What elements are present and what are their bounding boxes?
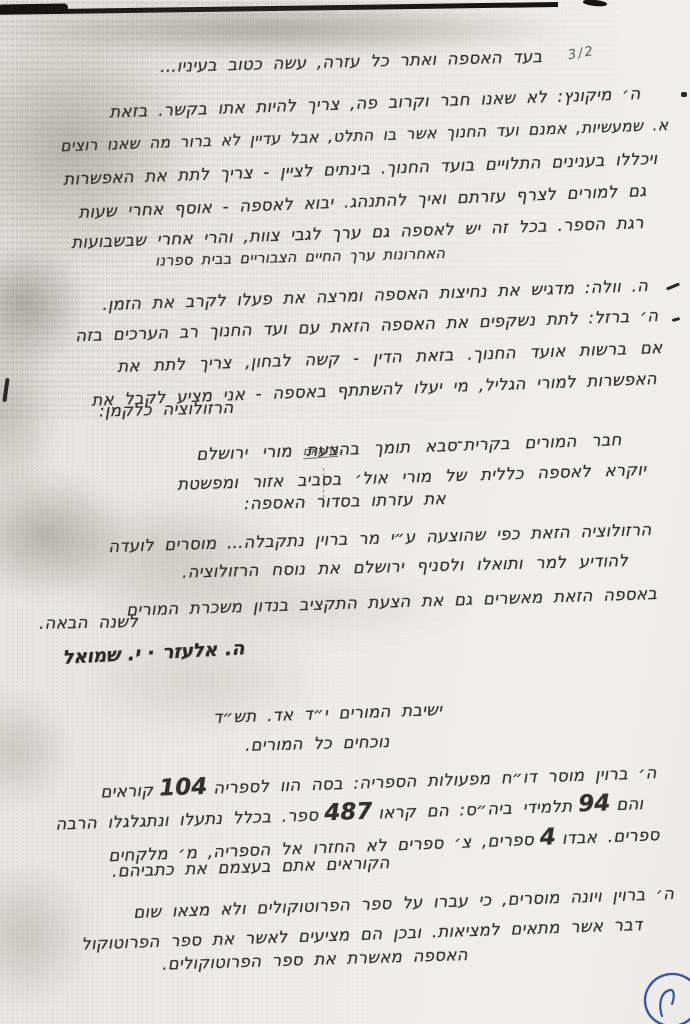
books-read-count: 487 xyxy=(324,799,373,827)
handwritten-line-12: הרזולוציה כלקמן: xyxy=(99,398,234,421)
scan-top-edge-band xyxy=(0,2,558,15)
ink-speck xyxy=(681,92,687,97)
handwritten-line-15: את עזרתו בסדור האספה: xyxy=(244,489,446,513)
scan-smudge xyxy=(0,470,130,600)
handwritten-line-3: א. שמעשיות, אמנם ועד החנוך אשר בו התלט, … xyxy=(60,116,669,155)
handwritten-line-19: לשנה הבאה. xyxy=(39,612,138,633)
signature: ה. אלעזר · י. שמואל xyxy=(62,637,245,669)
handwritten-line-6: רגת הספר. בכל זה יש לאספה גם ערך לגבי צו… xyxy=(71,213,644,252)
ink-speck xyxy=(672,317,681,322)
handwritten-line-20: ישיבת המורים י״ד אד. תש״ד xyxy=(213,700,443,727)
scan-smudge xyxy=(0,320,60,510)
line-text: קוראים xyxy=(100,781,154,802)
handwritten-line-1: בעד האספה ואתר כל עזרה, עשה כטוב בעיניו.… xyxy=(160,47,543,76)
scanned-document-page: 3/2 בעד האספה ואתר כל עזרה, עשה כטוב בעי… xyxy=(0,0,690,1024)
line-text: ספרים. אבדו xyxy=(562,825,660,848)
handwritten-line-21: נוכחים כל המורים. xyxy=(245,732,390,755)
handwritten-line-7: האחרונות ערך החיים הצבוריים בבית ספרנו xyxy=(155,246,446,270)
handwritten-line-14: יוקרא לאספה כללית של מורי אול׳ בסביב אזו… xyxy=(177,460,647,494)
line-text: ספר. בכלל נתעלו ונתגלגלו הרבה xyxy=(55,805,319,833)
scan-top-edge-blob xyxy=(0,3,68,14)
blue-pen-circle-mark xyxy=(628,964,690,1024)
scan-top-right-blob xyxy=(583,0,607,7)
inserted-correction-note: בהתאם xyxy=(302,443,338,459)
handwritten-line-10: אם ברשות אועד החנוך. בזאת הדין - קשה לבח… xyxy=(117,338,663,376)
line-text: תלמידי ביה״ס: הם קראו xyxy=(378,797,573,823)
handwritten-line-2: ה׳ מיקונץ: לא שאנו חבר וקרוב פה, צריך לה… xyxy=(109,84,641,122)
handwritten-line-28: האספה מאשרת את ספר הפרוטוקולים. xyxy=(162,945,468,974)
handwritten-line-4: ויכללו בענינים התלויים בועד החנוך. בינתי… xyxy=(63,149,658,189)
handwritten-line-13: חבר המורים בקרית־סבא תומך בהצעת מורי ירו… xyxy=(196,430,622,464)
corner-page-mark: 3/2 xyxy=(567,44,596,63)
handwritten-line-18: באספה הזאת מאשרים גם את הצעת התקציב בנדו… xyxy=(126,584,657,620)
handwritten-line-16: הרזולוציה הזאת כפי שהוצעה ע״י מר ברוין נ… xyxy=(108,520,652,556)
ink-speck xyxy=(666,282,680,290)
line-text: והם xyxy=(616,794,644,814)
scan-smudge xyxy=(0,240,90,370)
readers-count: 104 xyxy=(159,774,208,802)
students-count: 94 xyxy=(577,790,610,817)
scan-smudge xyxy=(0,690,75,810)
lost-books-count: 4 xyxy=(540,824,557,851)
ink-speck xyxy=(2,378,9,402)
handwritten-line-17: להודיע למר ותואלו ולסניף ירושלם את נוסח … xyxy=(182,551,628,582)
